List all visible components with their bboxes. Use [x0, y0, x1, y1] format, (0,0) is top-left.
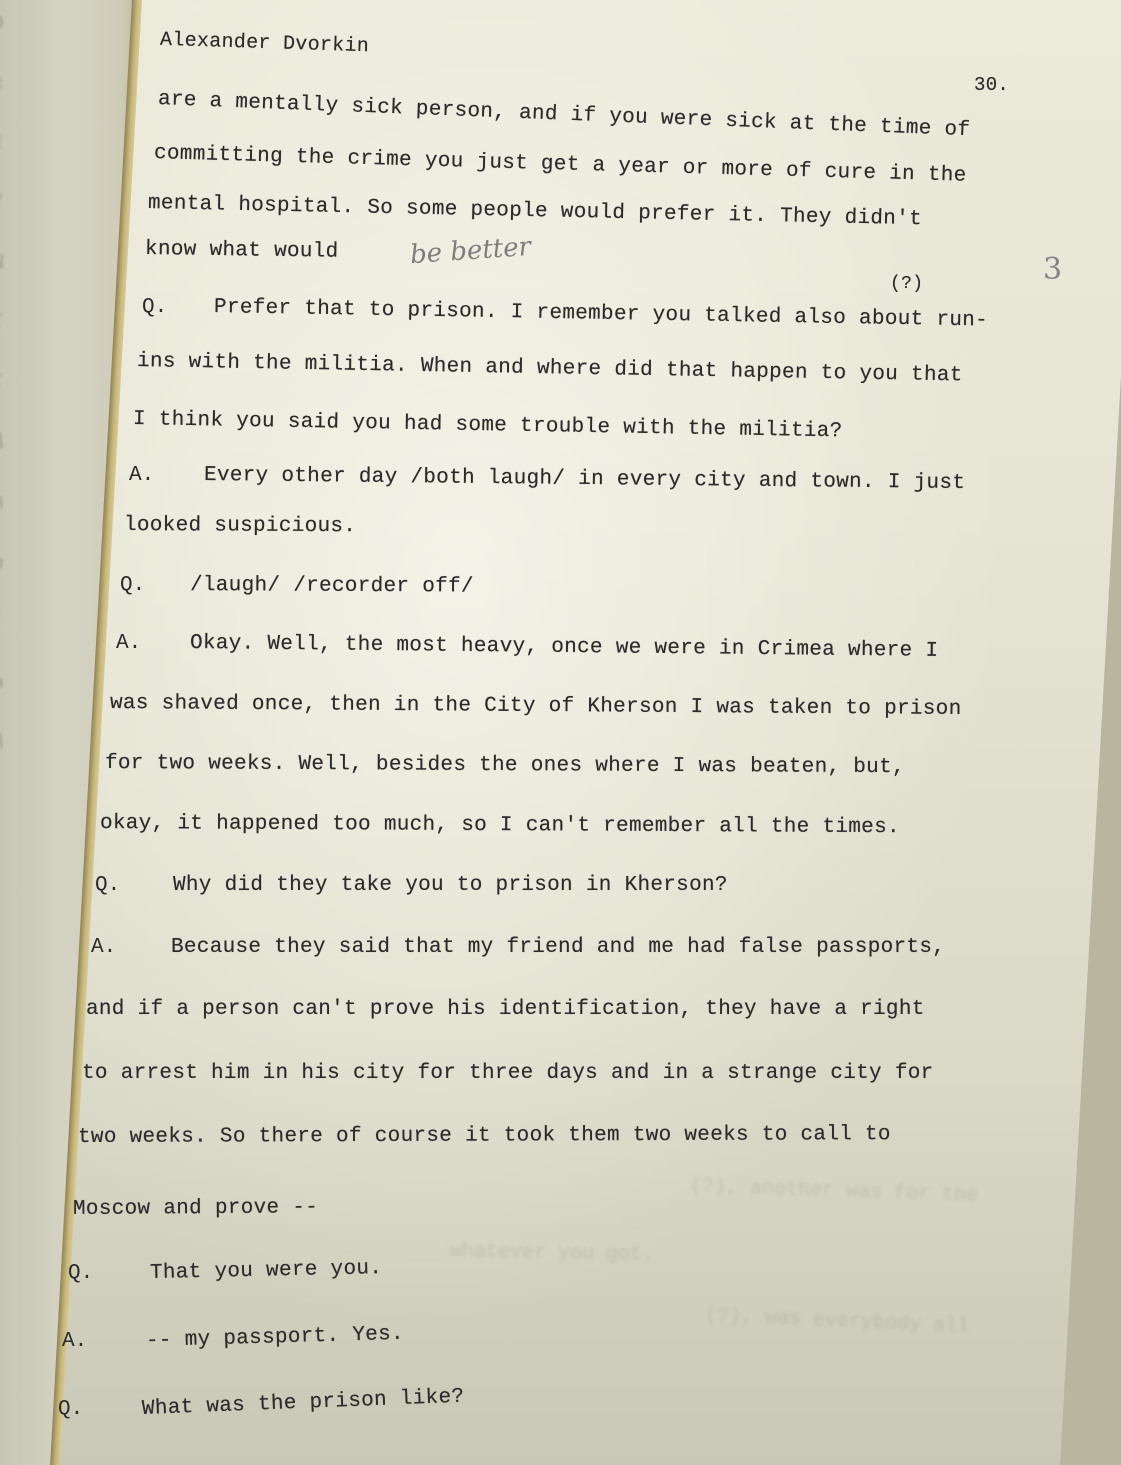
transcript-line: for two weeks. Well, besides the ones wh… [105, 752, 905, 779]
handwritten-note: be better [409, 232, 532, 270]
transcript-turn: Every other day /both laugh/ in every ci… [204, 464, 965, 495]
transcript-turn: Because they said that my friend and me … [171, 936, 945, 959]
transcript-line: Moscow and prove -- [73, 1196, 318, 1221]
bleed-through-text: whatever you got. [450, 1240, 654, 1267]
transcript-line: to arrest him in his city for three days… [82, 1062, 934, 1085]
transcript-turn: That you were you. [150, 1257, 383, 1285]
speaker-label: Q. [120, 574, 145, 597]
speaker-label: Q. [58, 1398, 83, 1421]
speaker-label: A. [116, 632, 141, 655]
speaker-label: Q. [68, 1262, 93, 1285]
transcript-line: and if a person can't prove his identifi… [86, 998, 925, 1021]
speaker-label: Q. [142, 296, 167, 319]
bleed-through-text: (?), another was for the [690, 1175, 979, 1208]
margin-question-mark: (?) [890, 274, 923, 294]
transcript-line: ins with the militia. When and where did… [137, 350, 963, 387]
speaker-label: A. [91, 936, 116, 959]
transcript-turn: -- my passport. Yes. [146, 1323, 405, 1353]
header-name: Alexander Dvorkin [160, 29, 370, 59]
transcript-turn: Why did they take you to prison in Khers… [173, 874, 728, 897]
margin-squiggle: 3 [1043, 252, 1062, 287]
transcript-line: two weeks. So there of course it took th… [78, 1123, 891, 1149]
transcript-turn: /laugh/ /recorder off/ [190, 574, 474, 598]
speaker-label: A. [129, 464, 154, 487]
transcript-line: okay, it happened too much, so I can't r… [100, 812, 900, 839]
transcript-line: was shaved once, then in the City of Khe… [110, 692, 962, 721]
speaker-label: A. [62, 1330, 87, 1353]
transcript-turn: What was the prison like? [142, 1386, 465, 1421]
transcript-line: I think you said you had some trouble wi… [133, 408, 843, 443]
speaker-label: Q. [95, 874, 120, 897]
transcript-line: know what would [145, 238, 339, 264]
transcript-turn: Prefer that to prison. I remember you ta… [214, 296, 988, 333]
transcript-line: looked suspicious. [124, 514, 356, 538]
page-number: 30. [974, 74, 1009, 96]
transcript-line: mental hospital. So some people would pr… [148, 192, 922, 231]
transcript-turn: Okay. Well, the most heavy, once we were… [190, 632, 939, 663]
transcript-line: committing the crime you just get a year… [154, 142, 967, 188]
transcript-text: (?), was everybody all (?), another was … [0, 0, 1121, 1465]
bleed-through-text: (?), was everybody all [705, 1304, 970, 1338]
transcript-line: are a mentally sick person, and if you w… [158, 88, 971, 142]
